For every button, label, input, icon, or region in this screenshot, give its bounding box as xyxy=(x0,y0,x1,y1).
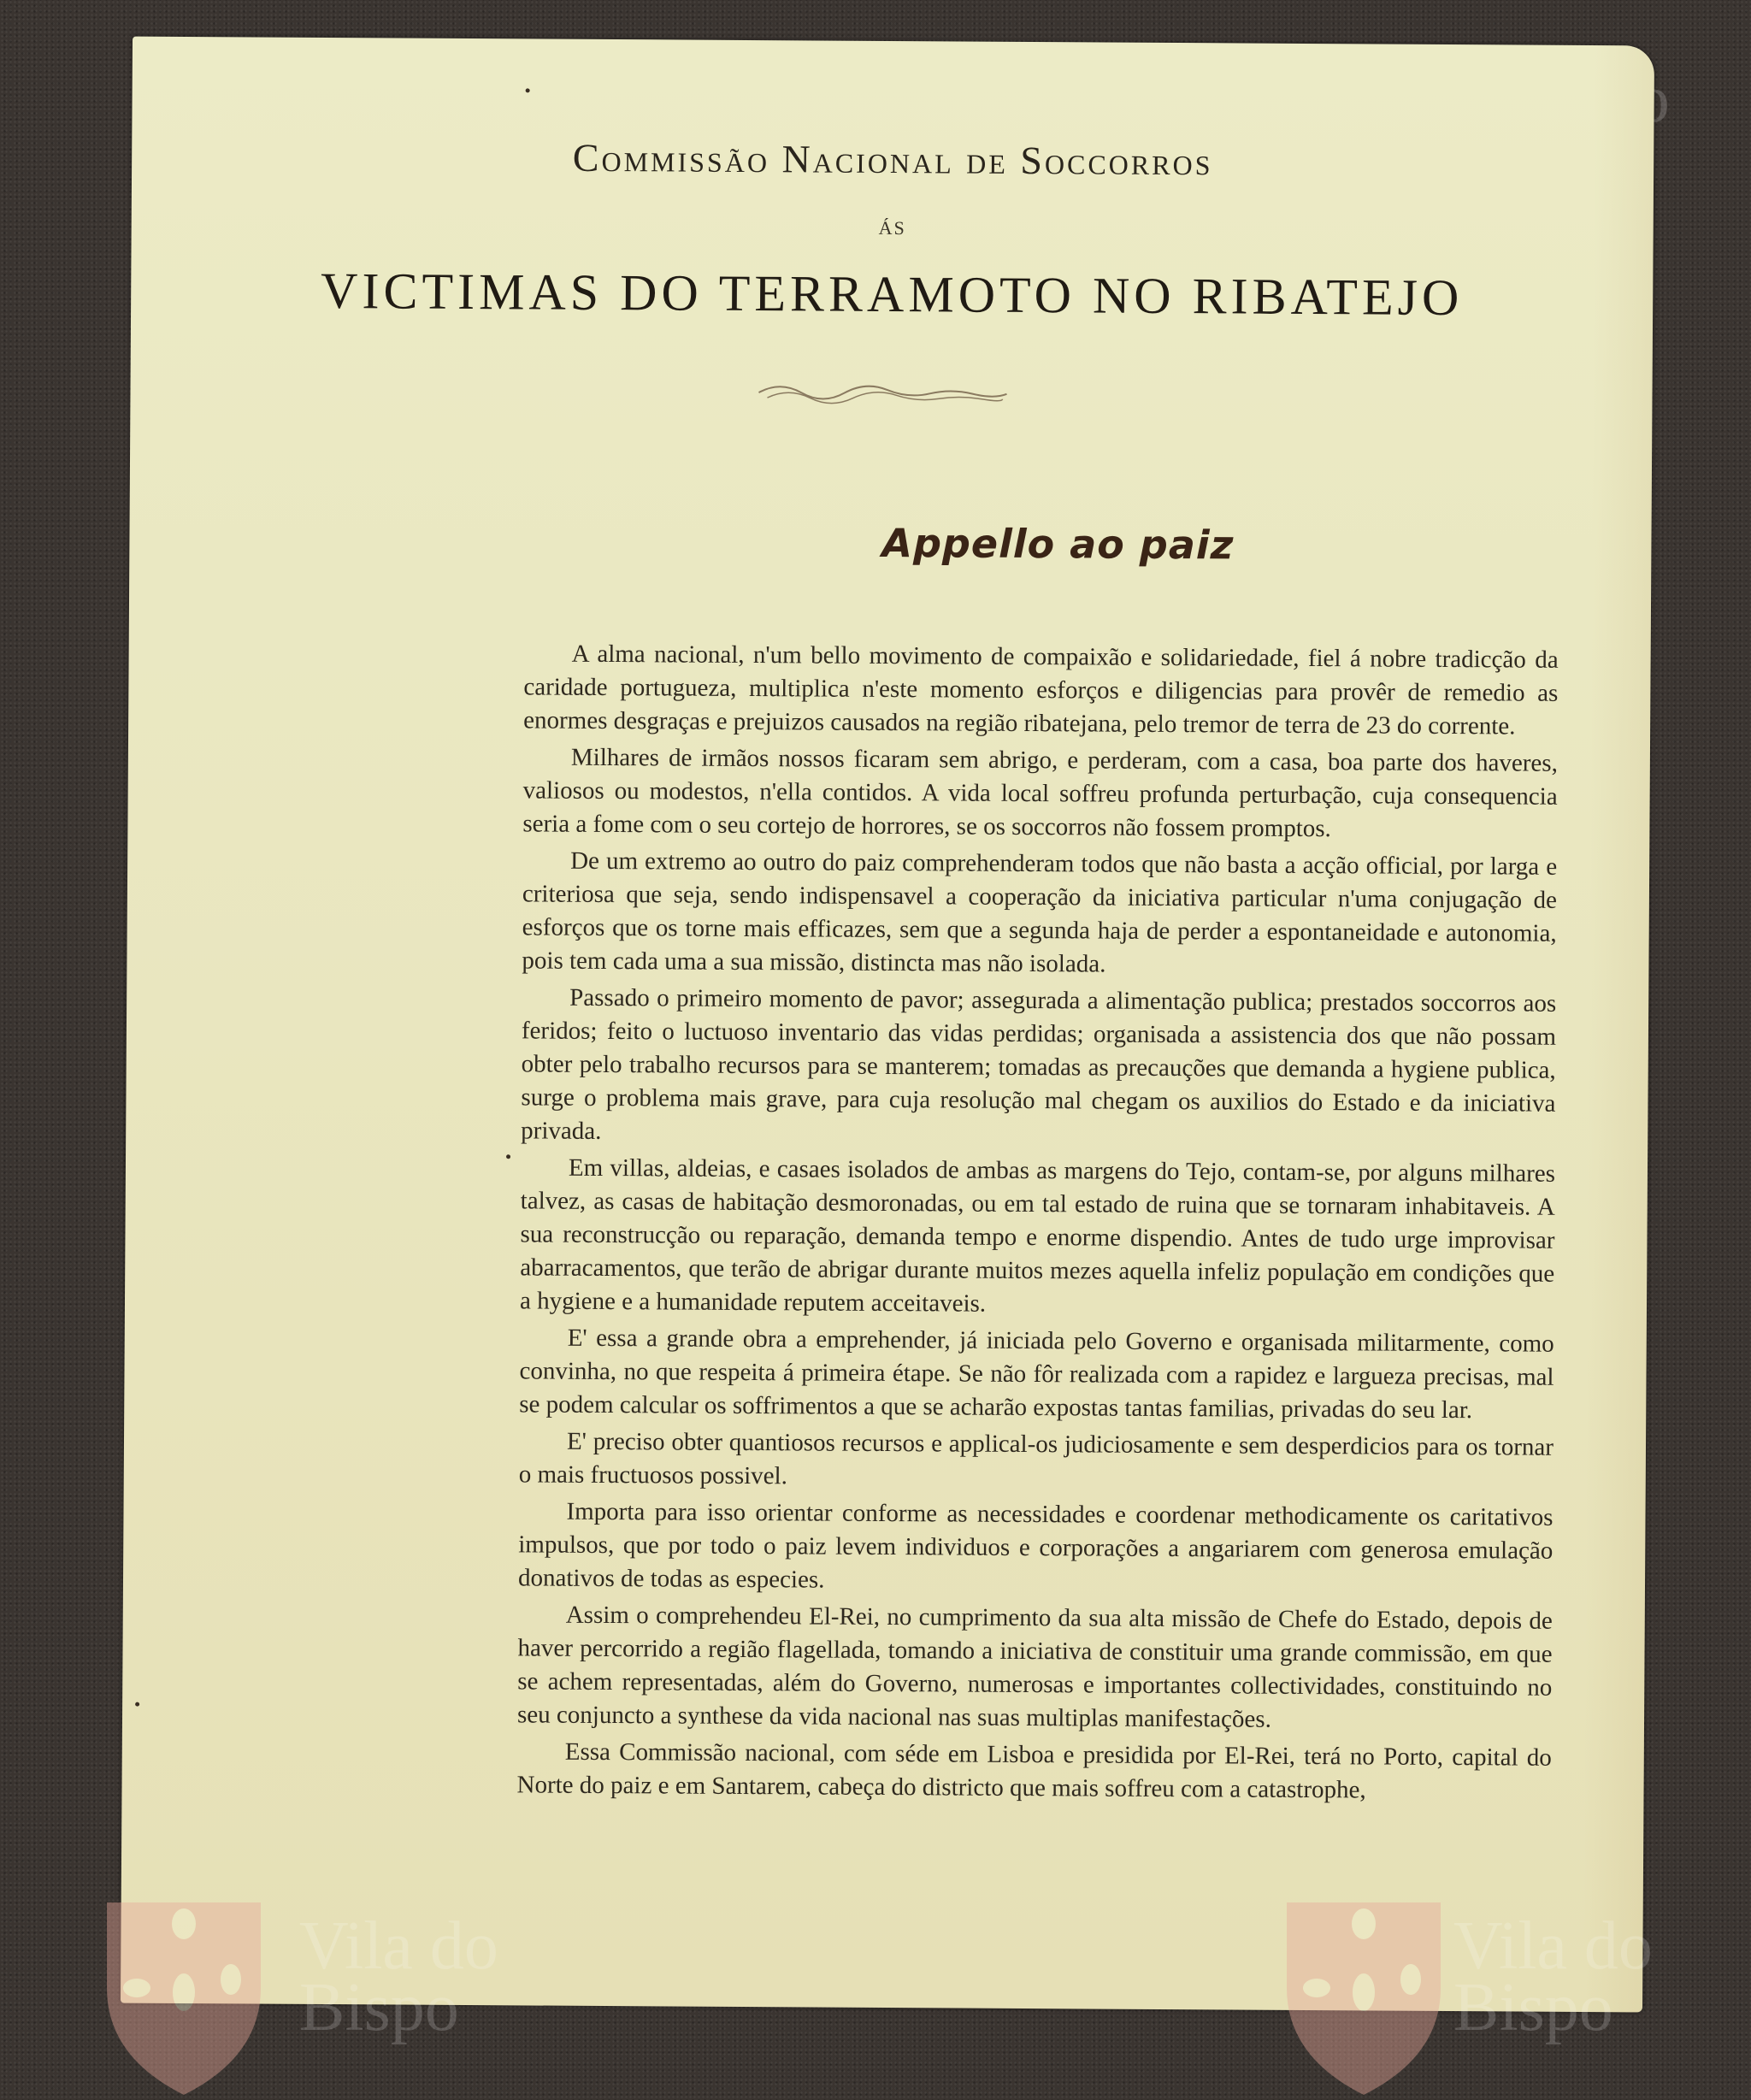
watermark-line1: Vila do xyxy=(1453,1915,1653,1977)
watermark-line2: Bispo xyxy=(1453,1977,1653,2038)
paragraph: Em villas, aldeias, e casaes isolados de… xyxy=(520,1151,1555,1324)
appeal-title: Appello ao paiz xyxy=(881,520,1234,569)
appeal-body: A alma nacional, n'um bello movimento de… xyxy=(516,637,1558,1811)
paragraph: Importa para isso orientar conforme as n… xyxy=(518,1495,1553,1601)
watermark-line1: Vila do xyxy=(299,1915,498,1977)
paragraph: E' preciso obter quantiosos recursos e a… xyxy=(519,1425,1553,1497)
watermark-text: Vila do Bispo xyxy=(299,1915,498,2038)
paragraph: Passado o primeiro momento de pavor; ass… xyxy=(521,981,1556,1153)
watermark-line2: Bispo xyxy=(299,1977,498,2038)
wavy-rule-ornament-icon xyxy=(754,374,1011,410)
header-connector: ÁS xyxy=(132,213,1654,245)
paragraph: E' essa a grande obra a emprehender, já … xyxy=(519,1321,1554,1427)
paragraph: De um extremo ao outro do paiz comprehen… xyxy=(522,844,1557,983)
document-page: Commissão Nacional de Soccorros ÁS VICTI… xyxy=(121,37,1654,2013)
header-commission-name: Commissão Nacional de Soccorros xyxy=(132,133,1654,187)
coat-of-arms-shield-icon xyxy=(1282,1894,1445,2099)
watermark-text: Vila do Bispo xyxy=(1453,1915,1653,2038)
paragraph: Essa Commissão nacional, com séde em Lis… xyxy=(516,1735,1551,1808)
paper-speck xyxy=(506,1154,510,1159)
header-victims-title: VICTIMAS DO TERRAMOTO NO RIBATEJO xyxy=(131,261,1653,329)
paragraph: Milhares de irmãos nossos ficaram sem ab… xyxy=(522,740,1558,846)
paragraph: A alma nacional, n'um bello movimento de… xyxy=(523,637,1559,743)
paper-speck xyxy=(135,1702,139,1707)
page-edge-shading xyxy=(1583,45,1654,2012)
coat-of-arms-shield-icon xyxy=(103,1894,265,2099)
paper-speck xyxy=(526,88,530,92)
paragraph: Assim o comprehendeu El-Rei, no cumprime… xyxy=(517,1598,1553,1737)
